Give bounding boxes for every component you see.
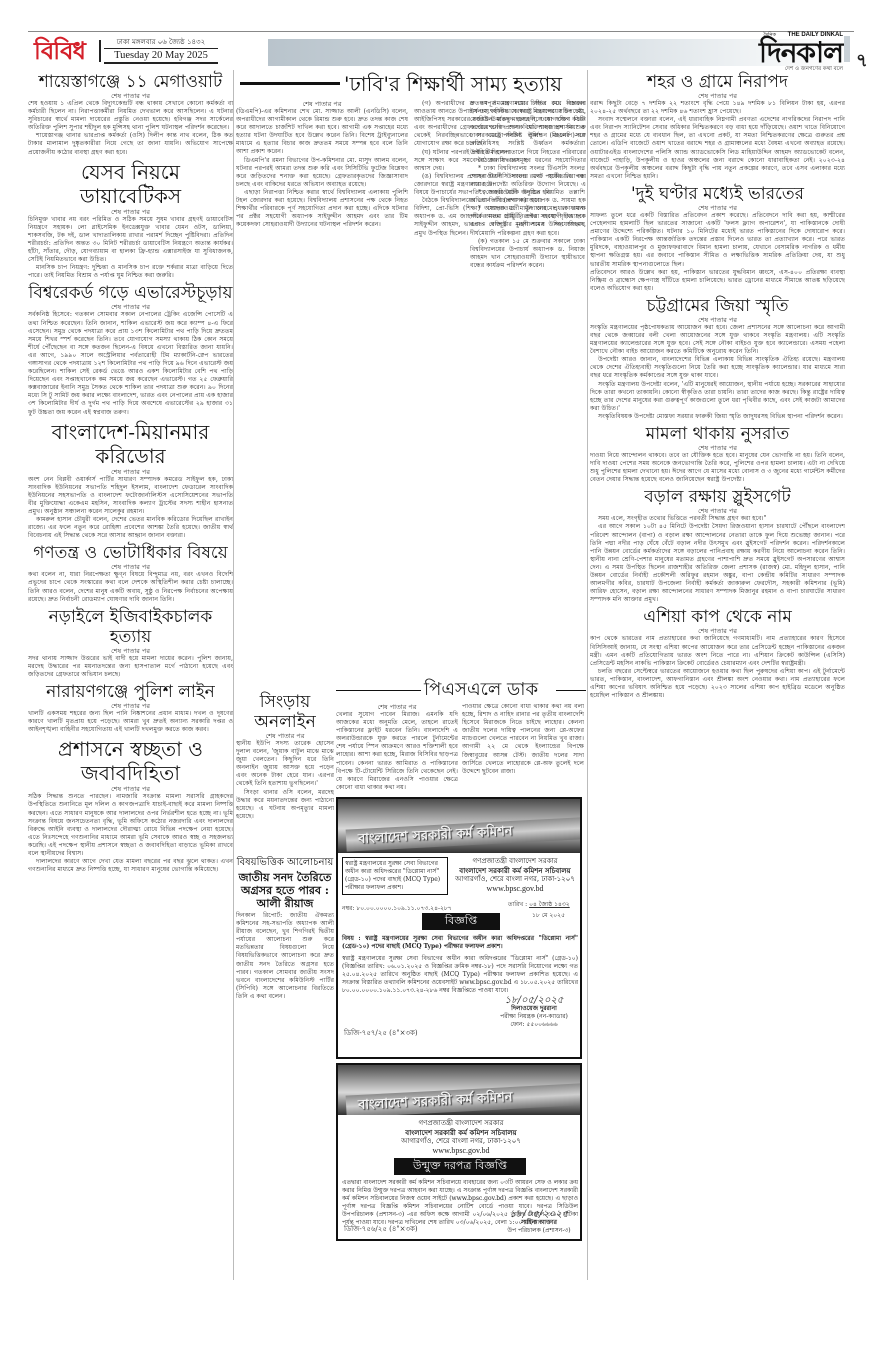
continued-label: শেষ পাতার পর [336, 703, 458, 711]
story-body: সঠিক সিদ্ধান্ত শুনতে পারছেন। নামজারি সংক… [28, 793, 233, 874]
story-transparency: প্রশাসনে স্বচ্ছতা ও জবাবদিহিতা শেষ পাতার… [28, 737, 233, 874]
headline: বাংলাদেশ-মিয়ানমার করিডোর [28, 420, 233, 468]
story-body: পাওয়ার ক্ষেত্রে কোনো বাধা থাকার কথা নয়… [462, 703, 584, 776]
section-divider [99, 40, 101, 62]
story-body: খালটি একসময় শহরের জন্য ছিল পানি নিষ্কাশ… [28, 710, 233, 734]
continued-label: শেষ পাতার পর [28, 702, 233, 710]
paragraph: উপদেষ্টা আরও জানান, বাংলাদেশের বিভিন্ন এ… [590, 356, 845, 380]
story-body: দাওয়া নিয়ে আন্দোলন থাকবে। তবে তা যৌক্ত… [590, 452, 845, 484]
psl-headline-row: পিএসএলে ডাক [236, 680, 586, 700]
bpsc-tender-advertisement: বাংলাদেশ সরকারী কর্ম কমিশন গণপ্রজাতন্ত্র… [336, 1063, 582, 1241]
right-edge-bar [844, 36, 850, 62]
story-singra: সিংড়ায় অনলাইন শেষ পাতার পর স্থানীয় ইউ… [236, 690, 334, 850]
paragraph: ও গণপূর্ত মন্ত্রণালয়ের সচিব মো. নজরুল ই… [470, 100, 585, 157]
continued-label: শেষ পাতার পর [28, 647, 233, 655]
ad-website: www.bpsc.gov.bd [450, 884, 580, 893]
gov-line-1: গণপ্রজাতন্ত্রী বাংলাদেশ সরকার [450, 857, 580, 866]
ad-government-header: গণপ্রজাতন্ত্রী বাংলাদেশ সরকার বাংলাদেশ স… [358, 1119, 564, 1155]
headline: জাতীয় সনদ তৈরিতে অগ্রসর হতে পারব : আলী … [236, 871, 334, 910]
story-body: কাপ থেকে ভারতের নাম প্রত্যাহারের কথা জান… [590, 635, 845, 700]
paragraph: সদর থানায় সাজ্জাদ উত্তরের ভাই বাদী হয়ে… [28, 655, 233, 679]
paragraph: দালালদের কারণে আগে দেখা যেত মামলা বছরের … [28, 858, 233, 874]
story-body: দিনকাল রিপোর্ট: জাতীয় ঐকমত্য কমিশনের সহ… [236, 912, 334, 1001]
story-baral-sluicegate: বড়াল রক্ষায় স্লুইসগেট শেষ পাতার পর সময… [590, 487, 845, 604]
bpsc-building-photo: বাংলাদেশ সরকারী কর্ম কমিশন [338, 1065, 580, 1115]
gov-line-3: আগারগাঁও, শেরে বাংলা নগর, ঢাকা-১২০৭ [358, 1137, 564, 1146]
headline: পিএসএলে ডাক [424, 680, 538, 700]
ad-government-header: গণপ্রজাতন্ত্রী বাংলাদেশ সরকার বাংলাদেশ স… [450, 857, 580, 893]
story-body: অংশ নেন বিপ্লবী ওয়ার্কার্স পার্টির সাধা… [28, 476, 233, 541]
story-body: চিনিমুক্ত খাবার নয় বরং পরিমিত ও সঠিক সম… [28, 216, 233, 281]
paragraph: দাওয়া নিয়ে আন্দোলন থাকবে। তবে তা যৌক্ত… [590, 452, 845, 484]
headline: নারায়ণগঞ্জে পুলিশ লাইন [28, 682, 233, 702]
paragraph: * ঢাকা বিশ্ববিদ্যালয় সংলগ্ন টিএসসি সংলগ… [470, 165, 585, 189]
gov-line-2: বাংলাদেশ সরকারী কর্ম কমিশন সচিবালয় [358, 1128, 564, 1137]
signer-title: পরীক্ষা নিয়ন্ত্রক (নন-ক্যাডার) [488, 1013, 580, 1021]
story-body: সদর থানায় সাজ্জাদ উত্তরের ভাই বাদী হয়ে… [28, 655, 233, 679]
paragraph: বরাদ্দ কিছুটা বেড়ে ৭ দশমিক ২২ শতাংশে বৃ… [590, 100, 845, 116]
paragraph: (ক) গতকাল ১৫ মে শুক্রবার সকালে ঢাকা বিশ্… [470, 238, 585, 270]
headline: চট্টগ্রামের জিয়া স্মৃতি [590, 296, 845, 316]
paragraph: সিংড়া থানার ওসি বলেন, মরদেহ উদ্ধার করে … [236, 789, 334, 821]
paragraph: সংস্কৃতিবিষয়ক উপদেষ্টা মোস্তফা সরয়ার ফ… [590, 413, 845, 421]
paragraph: শায়েস্তাগঞ্জ থানার ভারপ্রাপ্ত কর্মকর্তা… [28, 132, 233, 156]
story-body: খেলার সুযোগ পাবেন মিরাজ। এমনকি যদি আজকের… [336, 711, 458, 792]
paragraph: দিনকাল রিপোর্ট: জাতীয় ঐকমত্য কমিশনের সহ… [236, 912, 334, 1001]
date-block: ঢাকা মঙ্গলবার ০৬ জ্যৈষ্ঠ ১৪৩২ Tuesday 20… [104, 38, 218, 64]
story-body: কথা বলেন না, যারা নিরপেক্ষতা ক্ষুণ্ন বিষ… [28, 571, 233, 603]
story-corridor: বাংলাদেশ-মিয়ানমার করিডোর শেষ পাতার পর অ… [28, 420, 233, 541]
headline-rule-right [556, 690, 586, 691]
lead-headline: 'ঢাবি'র শিক্ষার্থী সাম্য হত্যায় [344, 72, 586, 96]
lead-spacer [236, 100, 466, 660]
paragraph: সংস্কৃতি মন্ত্রণালয়ের পৃষ্ঠপোষকতায় আয়… [590, 324, 845, 356]
date-bangla: ০৪ জ্যৈষ্ঠ ১৪৩২ [529, 901, 570, 908]
story-narail: নড়াইলে ইজিবাইকচালক হত্যায় শেষ পাতার পর… [28, 607, 233, 679]
notice-title: উন্মুক্ত দরপত্র বিজ্ঞপ্তি [394, 1158, 526, 1175]
paragraph: সংবাদ সম্মেলনে বক্তারা বলেন, এই ধারাবাহি… [590, 116, 845, 181]
story-body: স্থানীয় ইউপি সদস্য তারেক হোসেন দুলাল বল… [236, 740, 334, 821]
paragraph: অংশ নেন বিপ্লবী ওয়ার্কার্স পার্টির সাধা… [28, 476, 233, 516]
story-body: সময় এলে, সংগৃহীত তথ্যের ভিত্তিতে পরবর্ত… [590, 515, 845, 604]
continued-label: শেষ পাতার পর [590, 92, 845, 100]
paragraph: খেলার সুযোগ পাবেন মিরাজ। এমনকি যদি আজকের… [336, 711, 458, 792]
ad-website: www.bpsc.gov.bd [358, 1146, 564, 1155]
paragraph: সাফল্য তুলে ধরে একটি বিস্তারিত প্রতিবেদন… [590, 212, 845, 269]
continued-label: শেষ পাতার পর [28, 468, 233, 476]
paragraph: বৈঠকের সিদ্ধান্তসমূহ: [470, 157, 585, 165]
story-wash-budget: শহর ও গ্রামে নিরাপদ শেষ পাতার পর বরাদ্দ … [590, 72, 845, 181]
photo-sign-text: বাংলাদেশ সরকারী কর্ম কমিশন [346, 816, 580, 851]
page-number: ৭ [856, 46, 868, 77]
headline: গণতন্ত্র ও ভোটাধিকার বিষয়ে [28, 543, 233, 563]
story-psl-b: পাওয়ার ক্ষেত্রে কোনো বাধা থাকার কথা নয়… [462, 703, 584, 793]
paragraph: কামরুল হাসান চৌধুরী বলেন, দেশের ভেতর মান… [28, 516, 233, 540]
paragraph: চিনিমুক্ত খাবার নয় বরং পরিমিত ও সঠিক সম… [28, 216, 233, 265]
story-body: সর্বকনিষ্ঠ হিসেবে: গতকাল সোমবার সকাল নেপ… [28, 311, 233, 416]
story-asia-cup: এশিয়া কাপ থেকে নাম শেষ পাতার পর কাপ থেক… [590, 607, 845, 700]
photo-sign-text: বাংলাদেশ সরকারী কর্ম কমিশন [346, 1082, 580, 1115]
bpsc-result-advertisement: বাংলাদেশ সরকারী কর্ম কমিশন স্বরাষ্ট্র মন… [336, 797, 582, 1059]
continued-label: শেষ পাতার পর [28, 563, 233, 571]
paragraph: পাওয়ার ক্ষেত্রে কোনো বাধা থাকার কথা নয়… [462, 703, 584, 776]
newspaper-page: বিবিধ ঢাকা মঙ্গলবার ০৬ জ্যৈষ্ঠ ১৪৩২ Tues… [0, 0, 870, 1352]
column-1: শায়েস্তাগঞ্জে ১১ মেগাওয়াট শেষ পাতার পর… [28, 70, 233, 877]
continued-label: শেষ পাতার পর [28, 208, 233, 216]
continued-label: শেষ পাতার পর [590, 316, 845, 324]
bpsc-building-photo: বাংলাদেশ সরকারী কর্ম কমিশন [338, 799, 580, 853]
gov-line-3: আগারগাঁও, শেরে বাংলা নগর, ঢাকা-১২০৭ [450, 875, 580, 884]
headline: নড়াইলে ইজিবাইকচালক হত্যায় [28, 607, 233, 647]
story-everest: বিশ্বরেকর্ড গড়ে এভারেস্টচূড়ায় শেষ পাত… [28, 283, 233, 416]
date-label: তারিখ : [508, 901, 527, 908]
signature: ১৮/০৫/২০২৫ [498, 1211, 580, 1219]
dfp-code: ডিজি-৭৫৬/২৫ (৪"×৩ক) [344, 1223, 418, 1235]
signature-block: ১৮/০৫/২০২৫ সাহিনা আক্তার উপ পরিচালক (প্র… [498, 1211, 580, 1235]
story-india-two-hours: 'দুই ঘণ্টার মধ্যেই ভারতের শেষ পাতার পর স… [590, 184, 845, 293]
section-title: বিবিধ [34, 38, 85, 64]
story-body: সাফল্য তুলে ধরে একটি বিস্তারিত প্রতিবেদন… [590, 212, 845, 293]
paragraph: মানসিক চাপ নিয়ন্ত্রণ: দুশ্চিন্তা ও মানস… [28, 264, 233, 280]
brand-name: দিনকাল [703, 40, 843, 66]
date-bangla: ঢাকা মঙ্গলবার ০৬ জ্যৈষ্ঠ ১৪৩২ [104, 38, 218, 49]
signer-phone: ফোন: ৫৫০০৬৬৬৬ [488, 1021, 580, 1029]
headline: যেসব নিয়মে ডায়াবেটিকস [28, 160, 233, 208]
headline: প্রশাসনে স্বচ্ছতা ও জবাবদিহিতা [28, 737, 233, 785]
continued-label: শেষ পাতার পর [28, 92, 233, 100]
story-democracy: গণতন্ত্র ও ভোটাধিকার বিষয়ে শেষ পাতার পর… [28, 543, 233, 603]
continued-label: শেষ পাতার পর [590, 204, 845, 212]
date-english: ১৮ মে ২০২৫ [532, 912, 565, 919]
signer-title: উপ পরিচালক (প্রশাসন-৩) [498, 1227, 580, 1235]
headline: এশিয়া কাপ থেকে নাম [590, 607, 845, 627]
headline: বিশ্বরেকর্ড গড়ে এভারেস্টচূড়ায় [28, 283, 233, 303]
paragraph: এর আগে সকাল ১০টা ৪৫ মিনিটে উপদেষ্টা সৈয়… [590, 523, 845, 604]
headline: শহর ও গ্রামে নিরাপদ [590, 72, 845, 92]
headline-top: বিষয়ভিত্তিক আলোচনায় [236, 857, 334, 869]
ad-date: তারিখ : ০৪ জ্যৈষ্ঠ ১৪৩২ ১৮ মে ২০২৫ [508, 899, 582, 921]
paragraph: * সোহরাওয়ার্দী উদ্যানের প্রধান রমনা পার… [470, 205, 585, 237]
paragraph: কথা বলেন না, যারা নিরপেক্ষতা ক্ষুণ্ন বিষ… [28, 571, 233, 603]
signer-name: দিলাওয়েজ দুররানা [488, 1005, 580, 1013]
paragraph: প্রতিবেদনে আরও উল্লেখ করা হয়, পাকিস্তান… [590, 269, 845, 293]
signature: ১৮/০৫/২০২৫ [488, 997, 580, 1005]
story-shayestaganj: শায়েস্তাগঞ্জে ১১ মেগাওয়াট শেষ পাতার পর… [28, 72, 233, 157]
signer-name: সাহিনা আক্তার [498, 1219, 580, 1227]
notice-body: স্বরাষ্ট্র মন্ত্রণালয়ের সুরক্ষা সেবা বি… [342, 955, 578, 995]
story-psl-a: শেষ পাতার পর খেলার সুযোগ পাবেন মিরাজ। এম… [336, 703, 458, 793]
headline: শায়েস্তাগঞ্জে ১১ মেগাওয়াট [28, 72, 233, 92]
paragraph: সংস্কৃতি মন্ত্রণালয় উপদেষ্টা বলেন, 'এটি… [590, 381, 845, 413]
story-nusrat: মামলা থাকায় নুসরাত শেষ পাতার পর দাওয়া … [590, 424, 845, 484]
story-body: শেষ হওয়ায় ১ এপ্রিল থেকে বিদ্যুৎকেন্দ্র… [28, 100, 233, 157]
headline-rule-left [336, 690, 421, 691]
notice-title: বিজ্ঞপ্তি [422, 913, 500, 930]
story-diabetics: যেসব নিয়মে ডায়াবেটিকস শেষ পাতার পর চিন… [28, 160, 233, 281]
story-body: বরাদ্দ কিছুটা বেড়ে ৭ দশমিক ২২ শতাংশে বৃ… [590, 100, 845, 181]
gov-line-2: বাংলাদেশ সরকারী কর্ম কমিশন সচিবালয় [450, 866, 580, 875]
lead-rule [240, 82, 340, 85]
paragraph: চলতি বছরের সেপ্টেম্বরে ভারতের আয়োজনে হও… [590, 668, 845, 700]
brand-logo: দৈনিক THE DAILY DINKAL দিনকাল দেশ ও জনগণ… [703, 32, 843, 74]
notice-subject: বিষয় : স্বরাষ্ট্র মন্ত্রণালয়ের সুরক্ষা… [342, 935, 578, 951]
paragraph: শেষ হওয়ায় ১ এপ্রিল থেকে বিদ্যুৎকেন্দ্র… [28, 100, 233, 132]
lead-subcol-c: ও গণপূর্ত মন্ত্রণালয়ের সচিব মো. নজরুল ই… [470, 100, 585, 660]
signature-block: ১৮/০৫/২০২৫ দিলাওয়েজ দুররানা পরীক্ষা নিয… [488, 997, 580, 1029]
column-divider [587, 70, 588, 1280]
continued-label: শেষ পাতার পর [236, 732, 334, 740]
story-narayanganj: নারায়ণগঞ্জে পুলিশ লাইন শেষ পাতার পর খাল… [28, 682, 233, 734]
dfp-code: ডিজি-৭৫৭/২৫ (৪"×৩ক) [344, 1027, 418, 1039]
continued-label: শেষ পাতার পর [590, 444, 845, 452]
gov-line-1: গণপ্রজাতন্ত্রী বাংলাদেশ সরকার [358, 1119, 564, 1128]
ad-subject-box: স্বরাষ্ট্র মন্ত্রণালয়ের সুরক্ষা সেবা বি… [342, 857, 448, 895]
story-jatiya-sanad: বিষয়ভিত্তিক আলোচনায় জাতীয় সনদ তৈরিতে … [236, 855, 334, 1275]
paragraph: কাপ থেকে ভারতের নাম প্রত্যাহারের কথা জান… [590, 635, 845, 667]
paragraph: সর্বকনিষ্ঠ হিসেবে: গতকাল সোমবার সকাল নেপ… [28, 311, 233, 416]
date-english: Tuesday 20 May 2025 [104, 49, 218, 64]
column-divider [233, 70, 234, 1280]
paragraph: * সোহরাওয়ার্দী উদ্যানে নিয়মিত তল্লাশি … [470, 189, 585, 205]
lead-headline-row: 'ঢাবি'র শিক্ষার্থী সাম্য হত্যায় [236, 70, 586, 100]
masthead: বিবিধ ঢাকা মঙ্গলবার ০৬ জ্যৈষ্ঠ ১৪৩২ Tues… [28, 32, 848, 60]
headline: বড়াল রক্ষায় স্লুইসগেট [590, 487, 845, 507]
paragraph: খালটি একসময় শহরের জন্য ছিল পানি নিষ্কাশ… [28, 710, 233, 734]
column-3: শহর ও গ্রামে নিরাপদ শেষ পাতার পর বরাদ্দ … [590, 70, 845, 1280]
story-zia-memorial: চট্টগ্রামের জিয়া স্মৃতি শেষ পাতার পর সং… [590, 296, 845, 421]
headline: মামলা থাকায় নুসরাত [590, 424, 845, 444]
headline: 'দুই ঘণ্টার মধ্যেই ভারতের [590, 184, 845, 204]
paragraph: স্থানীয় ইউপি সদস্য তারেক হোসেন দুলাল বল… [236, 740, 334, 789]
paragraph: সঠিক সিদ্ধান্ত শুনতে পারছেন। নামজারি সংক… [28, 793, 233, 858]
story-body: সংস্কৃতি মন্ত্রণালয়ের পৃষ্ঠপোষকতায় আয়… [590, 324, 845, 421]
story-body: ও গণপূর্ত মন্ত্রণালয়ের সচিব মো. নজরুল ই… [470, 100, 585, 270]
